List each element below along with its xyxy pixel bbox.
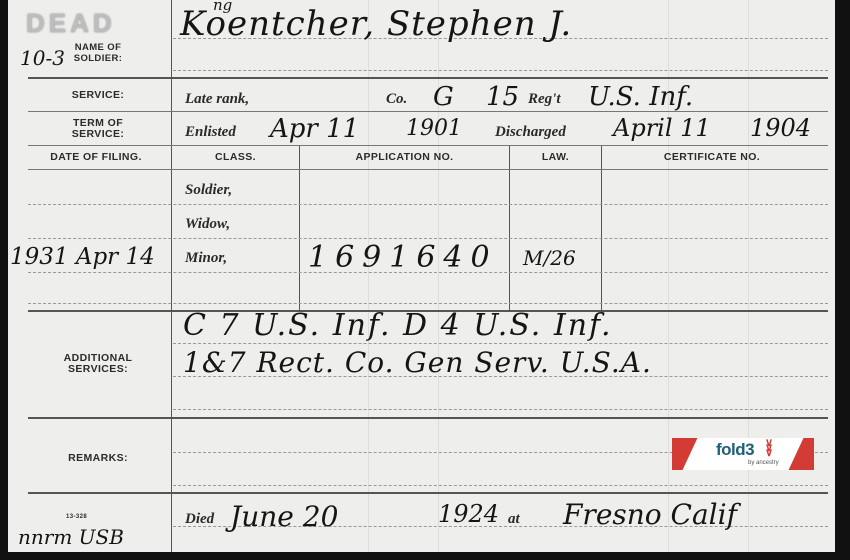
application-no-value: 1691640 (308, 240, 498, 275)
filing-date-value: 1931 Apr 14 (10, 244, 155, 270)
died-date-value: June 20 (230, 500, 338, 533)
name-dotted-line (173, 70, 828, 71)
service-label: SERVICE: (38, 90, 158, 101)
form-number: 13-328 (66, 512, 87, 523)
logo-stripe-left (672, 438, 697, 470)
row-dotted-line (28, 303, 828, 304)
class-column-divider (299, 146, 300, 310)
enlisted-date-value: Apr 11 (270, 114, 359, 144)
label-column-divider (171, 0, 172, 552)
class-soldier: Soldier, (185, 182, 232, 199)
additional-services-line2: 1&7 Rect. Co. Gen Serv. U.S.A. (183, 346, 652, 379)
fold3-brand: fold3 (716, 440, 754, 460)
application-no-header: APPLICATION NO. (300, 152, 509, 163)
died-year-value: 1924 (438, 500, 499, 528)
class-widow: Widow, (185, 216, 230, 233)
rule (28, 145, 828, 146)
law-value: M/26 (523, 246, 576, 270)
additional-services-line1: C 7 U.S. Inf. D 4 U.S. Inf. (183, 308, 613, 343)
late-rank-label: Late rank, (185, 91, 249, 108)
fold3-watermark: fold3 ∨∨∨ by ancestry (672, 438, 814, 470)
died-place-value: Fresno Calif (563, 498, 737, 531)
regiment-label: Reg't (528, 91, 561, 108)
enlisted-label: Enlisted (185, 124, 236, 141)
chevron-stack-icon: ∨∨∨ (765, 441, 773, 456)
rule (28, 111, 828, 112)
rule (28, 169, 828, 170)
row-dotted-line (173, 343, 828, 344)
ancestry-tagline: by ancestry (748, 460, 779, 466)
company-value: G (433, 82, 454, 112)
enlisted-year-value: 1901 (406, 116, 462, 141)
term-of-service-label: TERM OF SERVICE: (58, 118, 138, 140)
row-dotted-line (173, 409, 828, 410)
date-of-filing-header: DATE OF FILING. (22, 152, 170, 163)
died-label: Died (185, 511, 214, 528)
logo-stripe-right (789, 438, 814, 470)
rule (28, 77, 828, 79)
dead-stamp: DEAD (26, 8, 116, 39)
regiment-unit-value: U.S. Inf. (588, 82, 693, 112)
at-label: at (508, 511, 520, 528)
rule (28, 492, 828, 494)
law-header: LAW. (510, 152, 601, 163)
discharged-date-value: April 11 (613, 114, 711, 142)
law-column-divider (601, 146, 602, 310)
left-note: 10-3 (20, 46, 65, 70)
additional-services-label: ADDITIONAL SERVICES: (48, 353, 148, 375)
certificate-no-header: CERTIFICATE NO. (602, 152, 822, 163)
company-label: Co. (386, 91, 407, 108)
row-dotted-line (173, 485, 828, 486)
class-minor: Minor, (185, 250, 227, 267)
remarks-label: REMARKS: (38, 453, 158, 464)
discharged-year-value: 1904 (750, 114, 811, 142)
soldier-name: Koentcher, Stephen J. (180, 4, 572, 44)
row-dotted-line (28, 204, 828, 205)
faint-rule (368, 0, 369, 552)
discharged-label: Discharged (495, 124, 566, 141)
name-of-soldier-label: NAME OF SOLDIER: (58, 42, 138, 64)
rule (28, 417, 828, 419)
bottom-note: nnrm USB (18, 525, 124, 549)
regiment-value: 15 (486, 82, 519, 112)
application-column-divider (509, 146, 510, 310)
class-header: CLASS. (172, 152, 299, 163)
row-dotted-line (28, 238, 828, 239)
name-correction: ng (213, 0, 232, 14)
pension-index-card: DEAD NAME OF SOLDIER: SERVICE: TERM OF S… (8, 0, 835, 552)
